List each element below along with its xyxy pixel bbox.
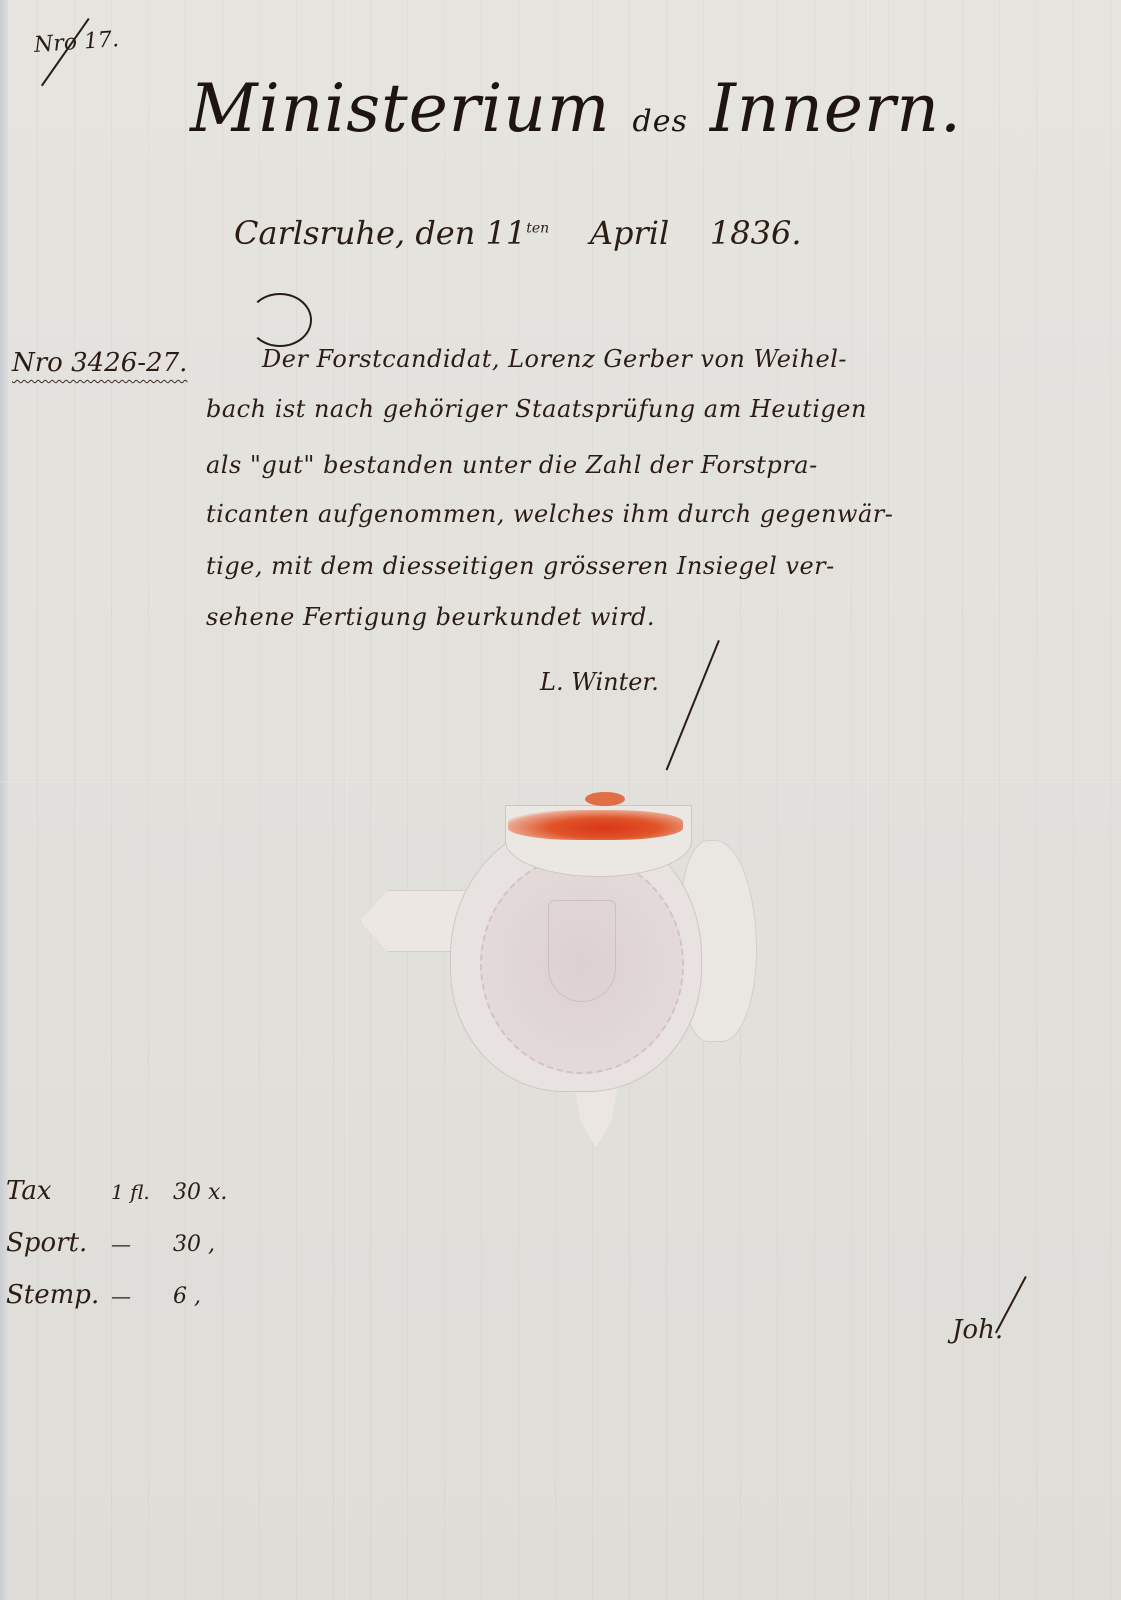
scan-edge (0, 0, 8, 1600)
date-day: 11 (486, 214, 527, 252)
body-line: sehene Fertigung beurkundet wird. (206, 603, 655, 631)
document-title: Ministerium des Innern. (190, 70, 962, 147)
coat-of-arms-icon (548, 900, 616, 1002)
red-wax (508, 810, 683, 840)
fee-label: Tax (6, 1176, 111, 1206)
body-line: tige, mit dem diesseitigen grösseren Ins… (206, 552, 835, 580)
initial-flourish (248, 293, 312, 347)
seal-icon (360, 780, 760, 1150)
fee-row: Stemp.—6 , (6, 1280, 201, 1310)
fee-unit: 1 fl. (111, 1180, 173, 1204)
body-line: ticanten aufgenommen, welches ihm durch … (206, 500, 893, 528)
fee-amount: 30 x. (173, 1180, 227, 1205)
title-part: Ministerium (190, 70, 611, 147)
date-month: April (590, 214, 669, 252)
fee-label: Stemp. (6, 1280, 111, 1310)
body-line: als "gut" bestanden unter die Zahl der F… (206, 451, 818, 479)
fee-amount: 30 , (173, 1232, 215, 1257)
date-year: 1836. (710, 214, 802, 252)
fee-unit: — (111, 1232, 173, 1256)
fee-row: Tax1 fl.30 x. (6, 1176, 227, 1206)
fee-label: Sport. (6, 1228, 111, 1258)
date-day-suffix: ten (526, 220, 549, 236)
date-place: Carlsruhe, den (234, 214, 475, 252)
title-part: Innern. (710, 70, 962, 147)
body-line: Der Forstcandidat, Lorenz Gerber von Wei… (262, 345, 847, 373)
reference-number: Nro 3426-27. (12, 348, 187, 378)
title-part: des (633, 104, 688, 139)
fee-unit: — (111, 1284, 173, 1308)
body-line: bach ist nach gehöriger Staatsprüfung am… (206, 395, 867, 423)
fee-amount: 6 , (173, 1284, 201, 1309)
dateline: Carlsruhe, den 11ten April 1836. (234, 214, 802, 252)
signature-main: L. Winter. (540, 668, 659, 696)
fold-line (866, 0, 868, 1600)
red-wax (585, 792, 625, 806)
fee-row: Sport.—30 , (6, 1228, 215, 1258)
